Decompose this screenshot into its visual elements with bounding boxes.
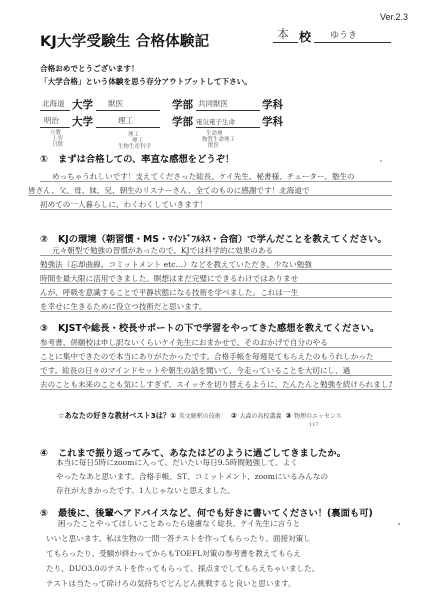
answer-line: 初めての一人暮らしに、わくわくしていきます！ [40, 196, 392, 210]
material-note: 117 [309, 422, 319, 428]
admission-row-2[interactable]: 明治 大学 理工 学部 電気電子生命 学科 [40, 113, 290, 129]
department-value: 共同獣医 [198, 98, 228, 109]
other-faculties: 理工 理工 生物生産科学 [118, 132, 151, 150]
version-label: Ver.2.3 [380, 12, 408, 22]
answer-line: たり、DUO3.0のテストを作ってもらって、採点までしてもらえちゃいました。 [46, 560, 398, 575]
material-3-name: 物理のエッセンス [294, 413, 342, 420]
answer-line: テストは当たって砕けろの気持ちでどんどん挑戦すると良いと思います。 [46, 575, 398, 590]
department-label: 学科 [262, 114, 283, 129]
other-universities: 立教 上智 日獣 [50, 130, 63, 148]
best-materials: ☆あなたの好きな教材ベスト3は？① 英文解釈の技術② 大森の高校講義③ 物理のエ… [58, 411, 342, 421]
material-2-number: ② [231, 411, 237, 420]
answer-line: 時間を最大限に活用できました。瞑想はまだ完璧にできるわけではありませ [40, 270, 392, 284]
answer-line: 参考書、併願校は申し訳ないくらいケイ先生におまかせで、そのおかげで自分のやる [40, 334, 392, 348]
scan-speck [380, 160, 382, 162]
campus-value: 本 [277, 25, 289, 42]
answer-line: 困ったことやってほしいことあったら遠慮なく総長、ケイ先生に言うと [46, 515, 398, 530]
admission-row-1[interactable]: 北海道 大学 獣医 学部 共同獣医 学科 [40, 96, 290, 112]
other-university-3: 日獣 [50, 142, 63, 148]
answer-line: です。総長の日々のマインドセットや朝生の話を聞いて、今走っていることを大切にし、… [40, 362, 392, 376]
answer-line: 本当に毎日5時にzoomに入って、だいたい毎日9.5時間勉強して、よく [56, 454, 408, 468]
answer-line: んが、呼吸を意識することで平静状態になる技術を学べました。これは一生 [40, 284, 392, 298]
department-label: 学科 [262, 97, 283, 112]
other-department-3: 獣医 [202, 143, 235, 149]
other-faculty-3: 生物生産科学 [118, 144, 151, 150]
question-2-answer[interactable]: 元々朝型で勉強の習慣があったので、KJでは科学的に効果のある 勉強法（忘却曲線、… [40, 242, 392, 312]
material-3-number: ③ [285, 411, 291, 420]
other-departments: 生命理 物質生命理工 獣医 [202, 131, 235, 149]
question-1-heading: ①まずは合格しての、率直な感想をどうぞ！ [40, 151, 234, 165]
faculty-value: 理工 [118, 115, 133, 126]
student-name: ゆうき [330, 28, 357, 41]
question-text: KJSTや総長・校長サポートの下で学習をやってきた感想を教えてください。 [58, 323, 379, 334]
question-3-heading: ③KJSTや総長・校長サポートの下で学習をやってきた感想を教えてください。 [40, 320, 379, 334]
answer-line: 元々朝型で勉強の習慣があったので、KJでは科学的に効果のある [40, 242, 392, 256]
material-1-number: ① [170, 411, 176, 420]
department-value: 電気電子生命 [196, 117, 235, 126]
question-1-answer[interactable]: めっちゃうれしいです！支えてくださった総長、ケイ先生、秘書様、チューター、塾生の… [40, 168, 392, 210]
name-underline [314, 42, 391, 43]
faculty-value: 獣医 [108, 98, 123, 109]
university-label: 大学 [72, 97, 93, 112]
question-4-answer[interactable]: 本当に毎日5時にzoomに入って、だいたい毎日9.5時間勉強して、よく やったな… [56, 454, 408, 496]
school-name-field[interactable]: 本 校 ゆうき [273, 24, 391, 46]
university-value: 明治 [44, 115, 59, 126]
question-number: ① [40, 154, 58, 165]
university-value: 北海道 [42, 98, 65, 109]
campus-underline [273, 42, 298, 43]
answer-line: 皆さん、父、母、妹、兄、朝生のリスナーさん、全てのものに感謝です！北海道で [28, 182, 392, 196]
intro-instruction: 「大学合格」という体験を思う存分アウトプットして下さい。 [40, 76, 252, 87]
answer-line: てもらったり、受験が終わってからもTOEFL対策の参考書を教えてもらえ [46, 545, 398, 560]
answer-line: を幸せに生きるために役立つ技術だと思います。 [40, 298, 392, 312]
question-5-answer[interactable]: 困ったことやってほしいことあったら遠慮なく総長、ケイ先生に言うと いいと思います… [46, 515, 398, 590]
answer-line: やったなあと思います。合格手帳、ST、コミットメント、zoomにいるみんなの [56, 468, 408, 482]
intro-congrats: 合格おめでとうございます！ [40, 63, 139, 74]
faculty-label: 学部 [172, 97, 193, 112]
faculty-label: 学部 [172, 114, 193, 129]
question-number: ③ [40, 323, 58, 334]
answer-line: 勉強法（忘却曲線、コミットメント etc…）などを教えていただき、少ない勉強 [40, 256, 392, 270]
scan-speck [398, 523, 400, 525]
answer-line: ことに集中できたので本当にありがたかったです。合格手帳を毎週見てもらえたのもうれ… [40, 348, 392, 362]
material-1-name: 英文解釈の技術 [179, 413, 221, 420]
school-label: 校 [299, 28, 311, 45]
answer-line: 存在が大きかったです。1人じゃないと思えました。 [56, 482, 408, 496]
best-materials-label: ☆あなたの好きな教材ベスト3は？ [58, 411, 170, 420]
material-2-name: 大森の高校講義 [239, 413, 281, 420]
answer-line: いいと思います。私は生物の一問一答テストを作ってもらったり、面接対策し [46, 530, 398, 545]
university-label: 大学 [72, 114, 93, 129]
page-title: KJ大学受験生 合格体験記 [40, 30, 209, 51]
question-3-answer[interactable]: 参考書、併願校は申し訳ないくらいケイ先生におまかせで、そのおかげで自分のやる こ… [40, 334, 392, 390]
answer-line: 去のことも未来のことも気にしすぎず、スイッチを切り替えるように、たんたんと勉強を… [40, 376, 392, 390]
answer-line: めっちゃうれしいです！支えてくださった総長、ケイ先生、秘書様、チューター、塾生の [40, 168, 392, 182]
question-text: まずは合格しての、率直な感想をどうぞ！ [58, 154, 234, 165]
faculty-underline [96, 97, 160, 111]
